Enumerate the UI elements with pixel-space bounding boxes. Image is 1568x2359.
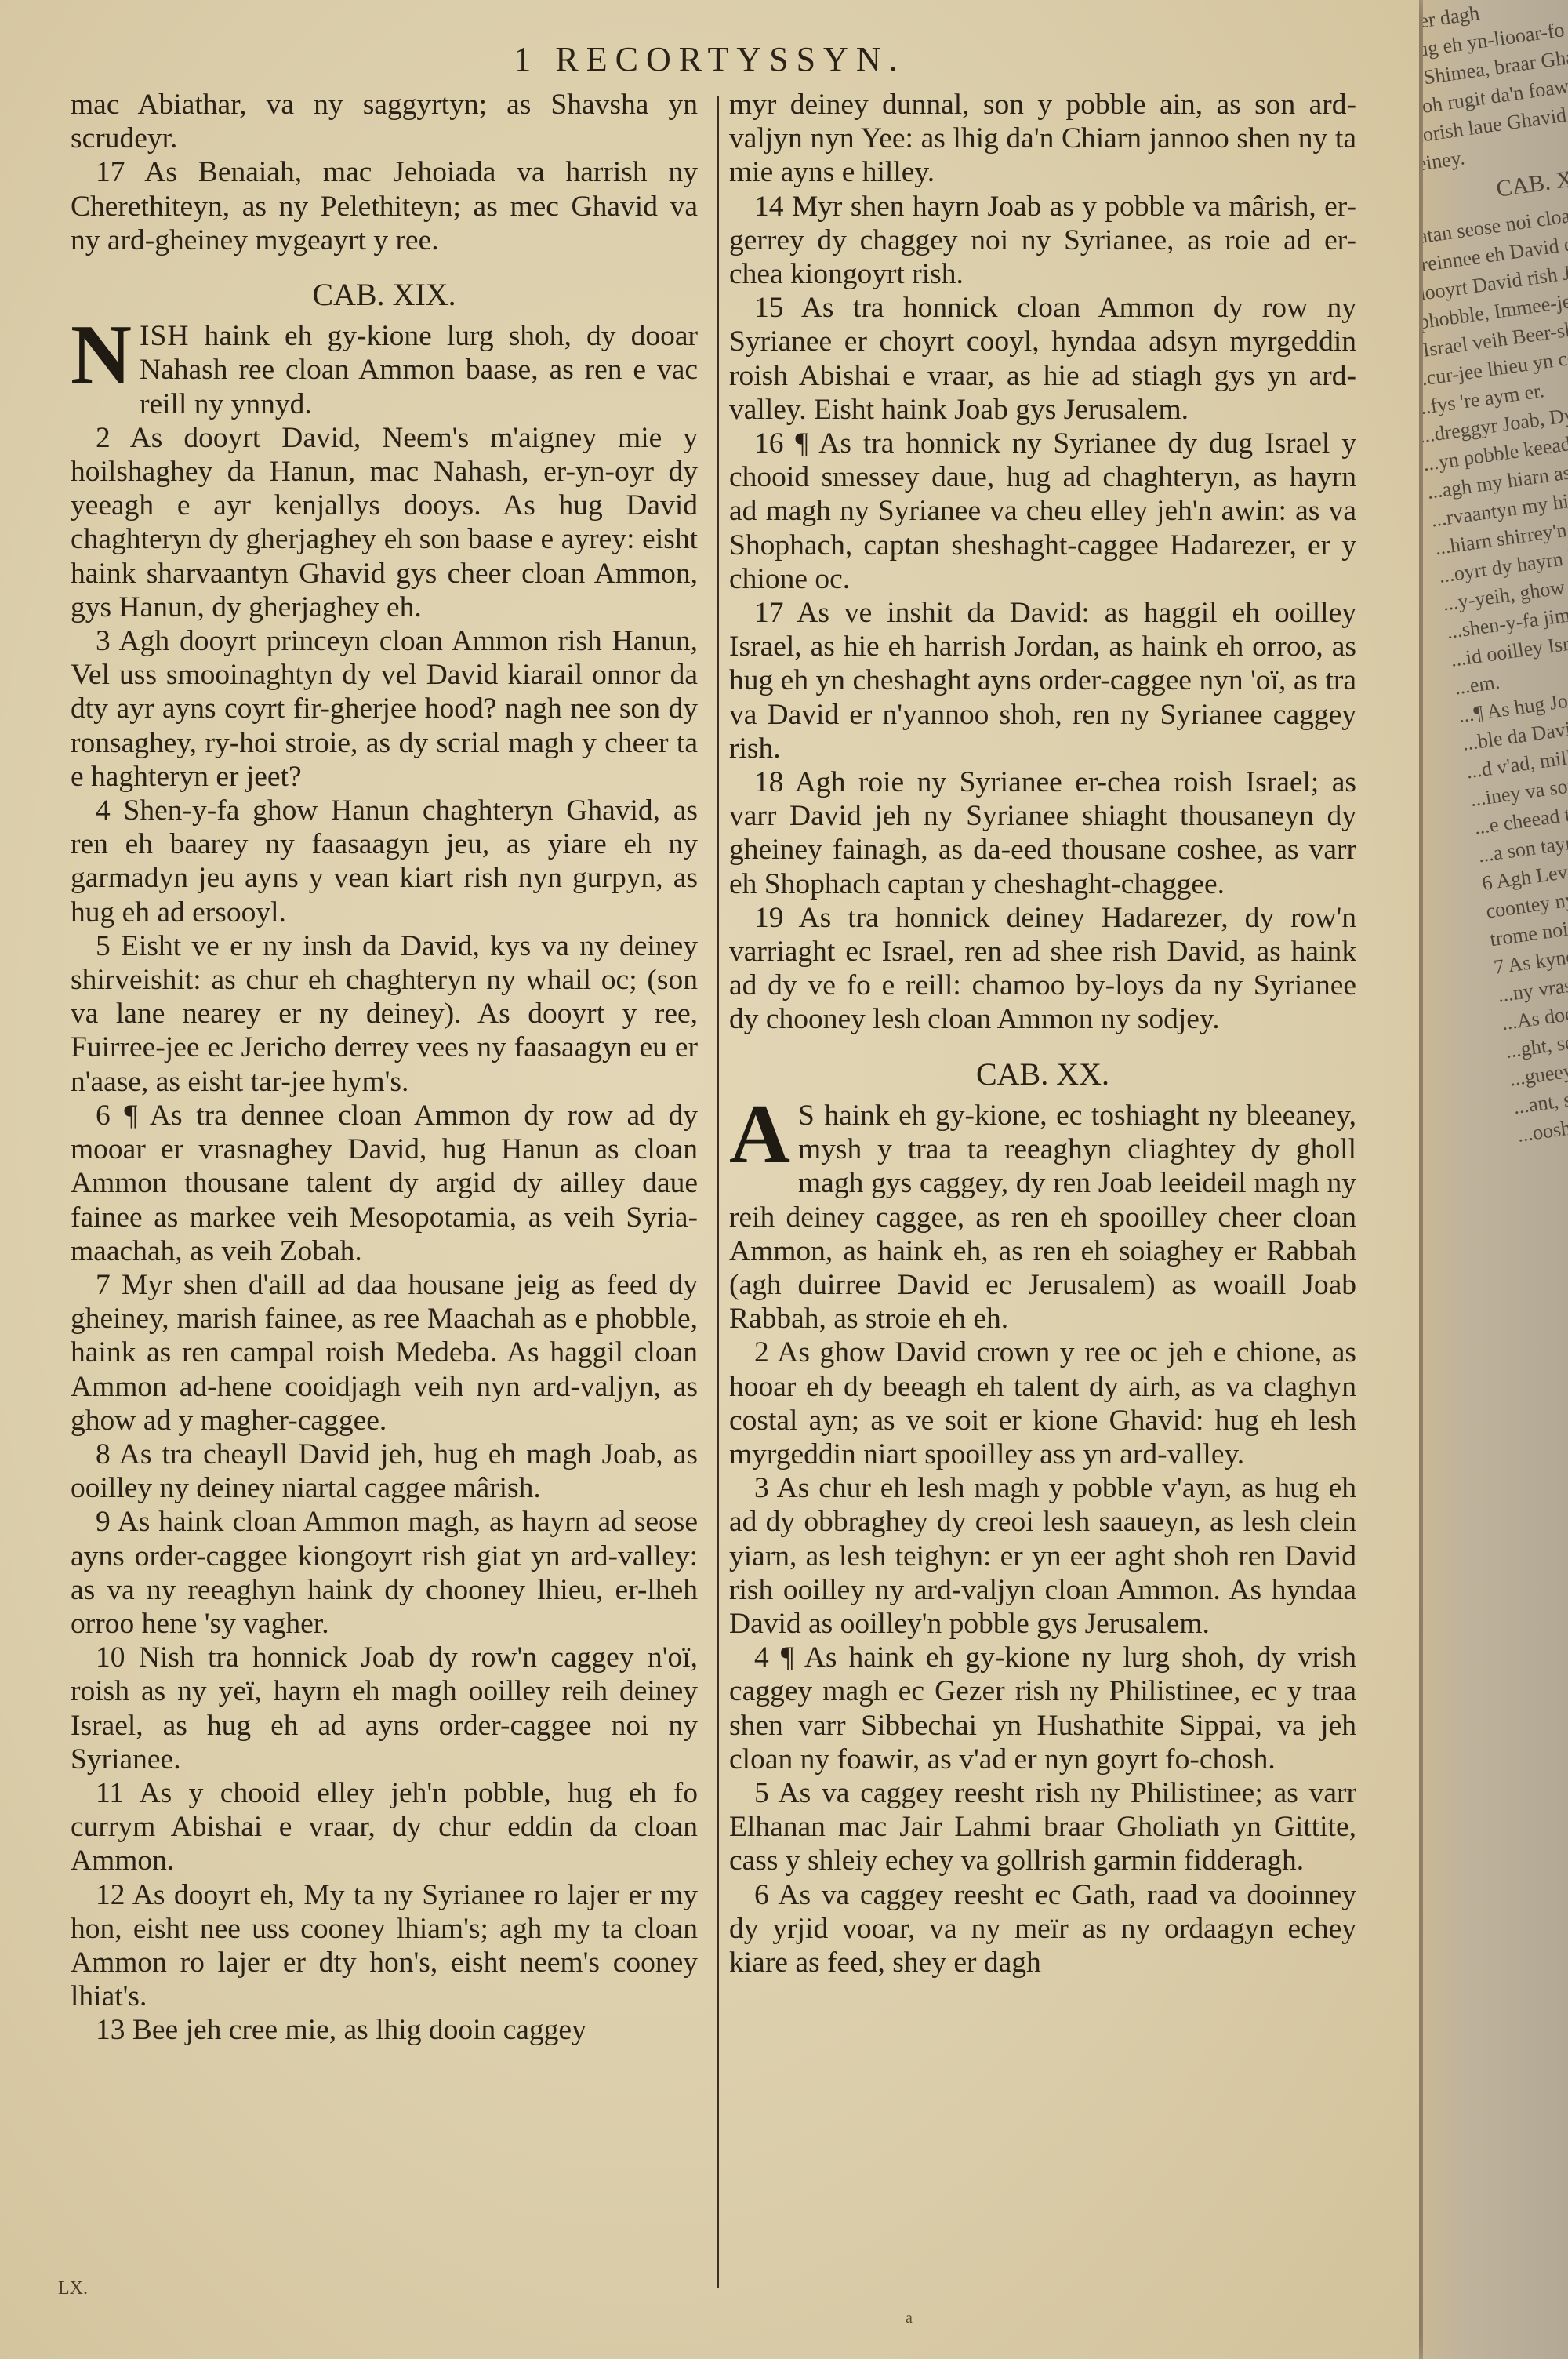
verse-text: As dooyrt eh, My ta ny Syrianee ro lajer… [71, 1879, 698, 2013]
first-word: ISH [140, 320, 189, 352]
verse: 19 As tra honnick deiney Hadarezer, dy r… [729, 901, 1356, 1037]
verse-text: As y chooid elley jeh'n pobble, hug eh f… [71, 1777, 698, 1877]
verse: 9 As haink cloan Ammon magh, as hayrn ad… [71, 1505, 698, 1641]
verse-number: 14 [754, 191, 784, 223]
verse-text: As tra cheayll David jeh, hug eh magh Jo… [71, 1438, 698, 1504]
verse: 7 Myr shen d'aill ad daa housane jeig as… [71, 1268, 698, 1438]
verse-text: Myr shen hayrn Joab as y pobble va mâris… [729, 191, 1356, 290]
verse-text: As tra honnick cloan Ammon dy row ny Syr… [729, 292, 1356, 426]
drop-cap-letter: A [729, 1102, 790, 1168]
column-divider-rule [717, 96, 719, 2288]
verse: 4 Shen-y-fa ghow Hanun chaghteryn Ghavid… [71, 794, 698, 929]
verse-number: 2 [96, 422, 111, 454]
verse-number: 11 [96, 1777, 124, 1809]
verse-number: 7 [96, 1269, 111, 1301]
verse-number: 5 [96, 930, 111, 962]
verse: 13 Bee jeh cree mie, as lhig dooin cagge… [71, 2013, 698, 2047]
signature-mark: LX. [58, 2278, 88, 2299]
verse: 5 Eisht ve er ny insh da David, kys va n… [71, 929, 698, 1099]
adjacent-page-edge: ...shey er dagh ...tra hug eh yn-liooar-… [1423, 0, 1568, 2359]
verse: 6 As va caggey reesht ec Gath, raad va d… [729, 1878, 1356, 1980]
verse-text: As tra honnick ny Syrianee dy dug Israel… [729, 427, 1356, 595]
verse-number: 2 [754, 1336, 769, 1369]
verse: 5 As va caggey reesht rish ny Philistine… [729, 1776, 1356, 1878]
verse-number: 13 [96, 2014, 125, 2046]
verse: 2 As ghow David crown y ree oc jeh e chi… [729, 1336, 1356, 1471]
verse: 12 As dooyrt eh, My ta ny Syrianee ro la… [71, 1878, 698, 2014]
first-word: S [798, 1100, 815, 1132]
verse-text: Agh dooyrt princeyn cloan Ammon rish Han… [71, 625, 698, 793]
book-page: 1 RECORTYSSYN. mac Abiathar, va ny saggy… [0, 0, 1419, 2359]
adjacent-page-text: ...shey er dagh ...tra hug eh yn-liooar-… [1423, 0, 1568, 1150]
verse: 8 As tra cheayll David jeh, hug eh magh … [71, 1438, 698, 1505]
verse-text: As dooyrt David, Neem's m'aigney mie y h… [71, 422, 698, 623]
verse-text: haink eh gy-kione lurg shoh, dy dooar Na… [140, 320, 698, 420]
verse: 4 ¶ As haink eh gy-kione ny lurg shoh, d… [729, 1641, 1356, 1776]
verse: 6 ¶ As tra dennee cloan Ammon dy row ad … [71, 1099, 698, 1268]
verse-number: 3 [96, 625, 111, 657]
verse: 17 As ve inshit da David: as haggil eh o… [729, 596, 1356, 765]
chapter-xx-verse-1: A S haink eh gy-kione, ec toshiaght ny b… [729, 1099, 1356, 1336]
verse: 14 Myr shen hayrn Joab as y pobble va mâ… [729, 190, 1356, 292]
verse-number: 19 [754, 902, 784, 934]
verse-number: 17 [754, 597, 784, 629]
footer-mark: a [906, 2310, 913, 2328]
drop-cap-letter: N [71, 322, 132, 388]
verse-number: 3 [754, 1472, 769, 1504]
verse-number: 18 [754, 766, 784, 798]
verse-text: As chur eh lesh magh y pobble v'ayn, as … [729, 1472, 1356, 1640]
verse-text: Nish tra honnick Joab dy row'n caggey n'… [71, 1641, 698, 1776]
continued-verse-text: mac Abiathar, va ny saggyrtyn; as Shavsh… [71, 88, 698, 155]
verse-number: 9 [96, 1506, 111, 1538]
verse-text: Bee jeh cree mie, as lhig dooin caggey [132, 2014, 586, 2046]
verse-text: As ve inshit da David: as haggil eh ooil… [729, 597, 1356, 765]
verse: 10 Nish tra honnick Joab dy row'n caggey… [71, 1641, 698, 1776]
verse-text: As ghow David crown y ree oc jeh e chion… [729, 1336, 1356, 1470]
verse-number: 4 [96, 794, 111, 827]
left-column: mac Abiathar, va ny saggyrtyn; as Shavsh… [71, 88, 698, 2048]
verse-text: As va caggey reesht ec Gath, raad va doo… [729, 1879, 1356, 1979]
verse-number: 15 [754, 292, 784, 324]
verse: 16 ¶ As tra honnick ny Syrianee dy dug I… [729, 427, 1356, 596]
verse-text: Myr shen d'aill ad daa housane jeig as f… [71, 1269, 698, 1437]
running-head: 1 RECORTYSSYN. [0, 39, 1419, 79]
chapter-xix-verse-1: N ISH haink eh gy-kione lurg shoh, dy do… [71, 319, 698, 421]
verse-number: 10 [96, 1641, 125, 1674]
verse-17: 17 As Benaiah, mac Jehoiada va harrish n… [71, 155, 698, 257]
verse-text: As Benaiah, mac Jehoiada va harrish ny C… [71, 156, 698, 256]
verse: 3 Agh dooyrt princeyn cloan Ammon rish H… [71, 624, 698, 794]
verse-number: 8 [96, 1438, 111, 1470]
verse-number: 6 [754, 1879, 769, 1911]
verse-text: haink eh gy-kione, ec toshiaght ny bleea… [729, 1100, 1356, 1335]
verse-number: 12 [96, 1879, 125, 1911]
verse-number: 16 ¶ [754, 427, 808, 460]
verse-text: As haink cloan Ammon magh, as hayrn ad s… [71, 1506, 698, 1640]
verse-number: 17 [96, 156, 125, 188]
verse-text: As tra honnick deiney Hadarezer, dy row'… [729, 902, 1356, 1036]
verse: 2 As dooyrt David, Neem's m'aigney mie y… [71, 421, 698, 624]
verse-text: Eisht ve er ny insh da David, kys va ny … [71, 930, 698, 1098]
chapter-heading-xx: CAB. XX. [729, 1057, 1356, 1091]
verse-text: As va caggey reesht rish ny Philistinee;… [729, 1777, 1356, 1877]
verse: 3 As chur eh lesh magh y pobble v'ayn, a… [729, 1471, 1356, 1641]
verse-text: As tra dennee cloan Ammon dy row ad dy m… [71, 1100, 698, 1267]
verse-number: 6 ¶ [96, 1100, 137, 1132]
verse: 11 As y chooid elley jeh'n pobble, hug e… [71, 1776, 698, 1878]
chapter-heading-xix: CAB. XIX. [71, 278, 698, 311]
verse-text: As haink eh gy-kione ny lurg shoh, dy vr… [729, 1641, 1356, 1776]
verse-text: Agh roie ny Syrianee er-chea roish Israe… [729, 766, 1356, 900]
verse-number: 4 ¶ [754, 1641, 794, 1674]
verse: 15 As tra honnick cloan Ammon dy row ny … [729, 291, 1356, 427]
verse-text: Shen-y-fa ghow Hanun chaghteryn Ghavid, … [71, 794, 698, 929]
verse-number: 5 [754, 1777, 769, 1809]
verse: 18 Agh roie ny Syrianee er-chea roish Is… [729, 765, 1356, 901]
continued-verse-text: myr deiney dunnal, son y pobble ain, as … [729, 88, 1356, 190]
right-column: myr deiney dunnal, son y pobble ain, as … [729, 88, 1356, 1979]
